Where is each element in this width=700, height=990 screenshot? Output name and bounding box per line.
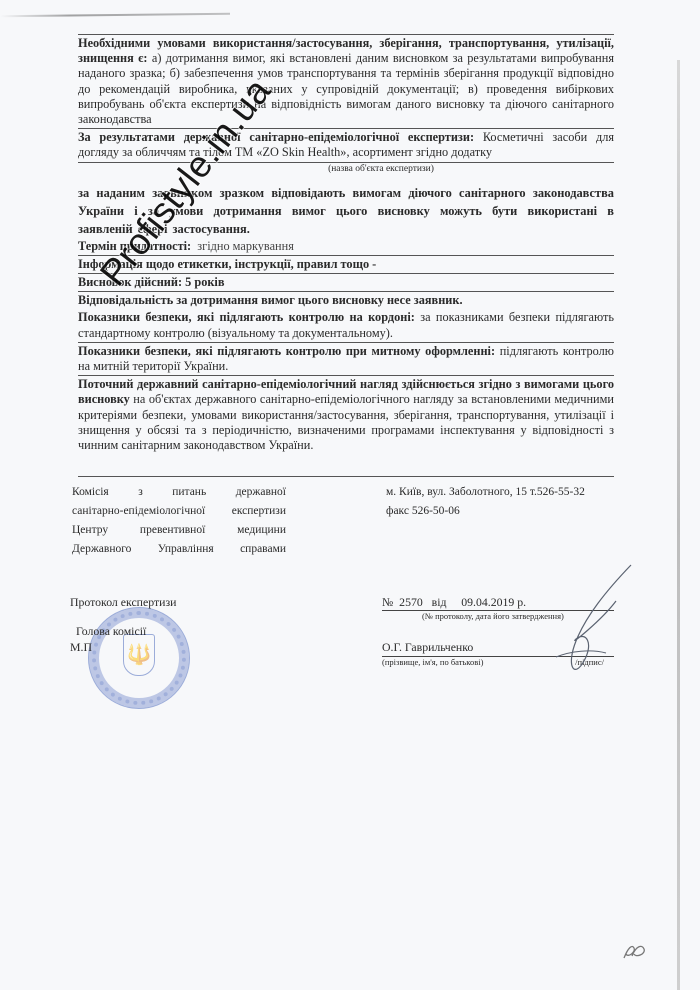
protocol-number-prefix: № (382, 595, 393, 609)
results-section: За результатами державної санітарно-епід… (78, 129, 614, 162)
protocol-block: 🔱 Протокол експертизи Голова комісії М.П (70, 595, 270, 667)
contact-block: м. Київ, вул. Заболотного, 15 т.526-55-3… (386, 483, 614, 559)
label-info-row: Інформація щодо етикетки, інструкції, пр… (78, 256, 614, 274)
signer-caption: (прізвище, ім'я, по батькові) (382, 657, 483, 668)
issuer-line: Державного Управління справами (72, 540, 286, 559)
protocol-label: Протокол експертизи (70, 595, 270, 610)
customs-control-label: Показники безпеки, які підлягають контро… (78, 344, 495, 358)
signature-area: 🔱 Протокол експертизи Голова комісії М.П… (78, 595, 614, 667)
conclusion-text: за наданим заявником зразком відповідают… (78, 184, 614, 238)
seal-label: М.П (70, 640, 270, 655)
responsibility-row: Відповідальність за дотримання вимог цьо… (78, 292, 614, 309)
approval-block: № 2570 від 09.04.2019 р. (№ протоколу, д… (382, 595, 614, 667)
protocol-number: 2570 (399, 595, 423, 609)
document-body: Необхідними умовами використання/застосу… (78, 34, 614, 668)
footer-rule (78, 476, 614, 477)
protocol-date: 09.04.2019 р. (461, 595, 526, 609)
handwritten-signature-icon (546, 561, 636, 681)
results-label: За результатами державної санітарно-епід… (78, 130, 474, 144)
issuer-line: санітарно-епідеміологічної експертизи (72, 502, 286, 521)
shelf-life-label: Термін придатності: (78, 239, 191, 253)
scanned-page-edge (0, 13, 230, 17)
address: м. Київ, вул. Заболотного, 15 т.526-55-3… (386, 483, 614, 502)
issuer-line: Центру превентивної медицини (72, 521, 286, 540)
shelf-life-row: Термін придатності: згідно маркування (78, 238, 614, 256)
border-control-section: Показники безпеки, які підлягають контро… (78, 309, 614, 342)
page-initials-mark-icon (620, 940, 650, 962)
conditions-section: Необхідними умовами використання/застосу… (78, 35, 614, 129)
conditions-text: а) дотримання вимог, які встановлені дан… (78, 51, 614, 126)
results-caption: (назва об'єкта експертизи) (78, 163, 614, 176)
customs-control-section: Показники безпеки, які підлягають контро… (78, 343, 614, 376)
fax: факс 526-50-06 (386, 502, 614, 521)
issuer-block: Комісія з питань державної санітарно-епі… (72, 483, 286, 559)
supervision-section: Поточний державний санітарно-епідеміолог… (78, 376, 614, 454)
validity-row: Висновок дійсний: 5 років (78, 274, 614, 292)
supervision-text: на об'єктах державного санітарно-епідемі… (78, 392, 614, 452)
chair-label: Голова комісії (70, 624, 270, 639)
border-control-label: Показники безпеки, які підлягають контро… (78, 310, 415, 324)
official-seal-stamp: 🔱 (88, 607, 190, 709)
issuer-footer: Комісія з питань державної санітарно-епі… (78, 483, 614, 559)
shelf-life-value: згідно маркування (197, 239, 294, 253)
date-prefix: від (432, 595, 447, 609)
scanned-page-edge-right (677, 60, 680, 990)
issuer-line: Комісія з питань державної (72, 483, 286, 502)
